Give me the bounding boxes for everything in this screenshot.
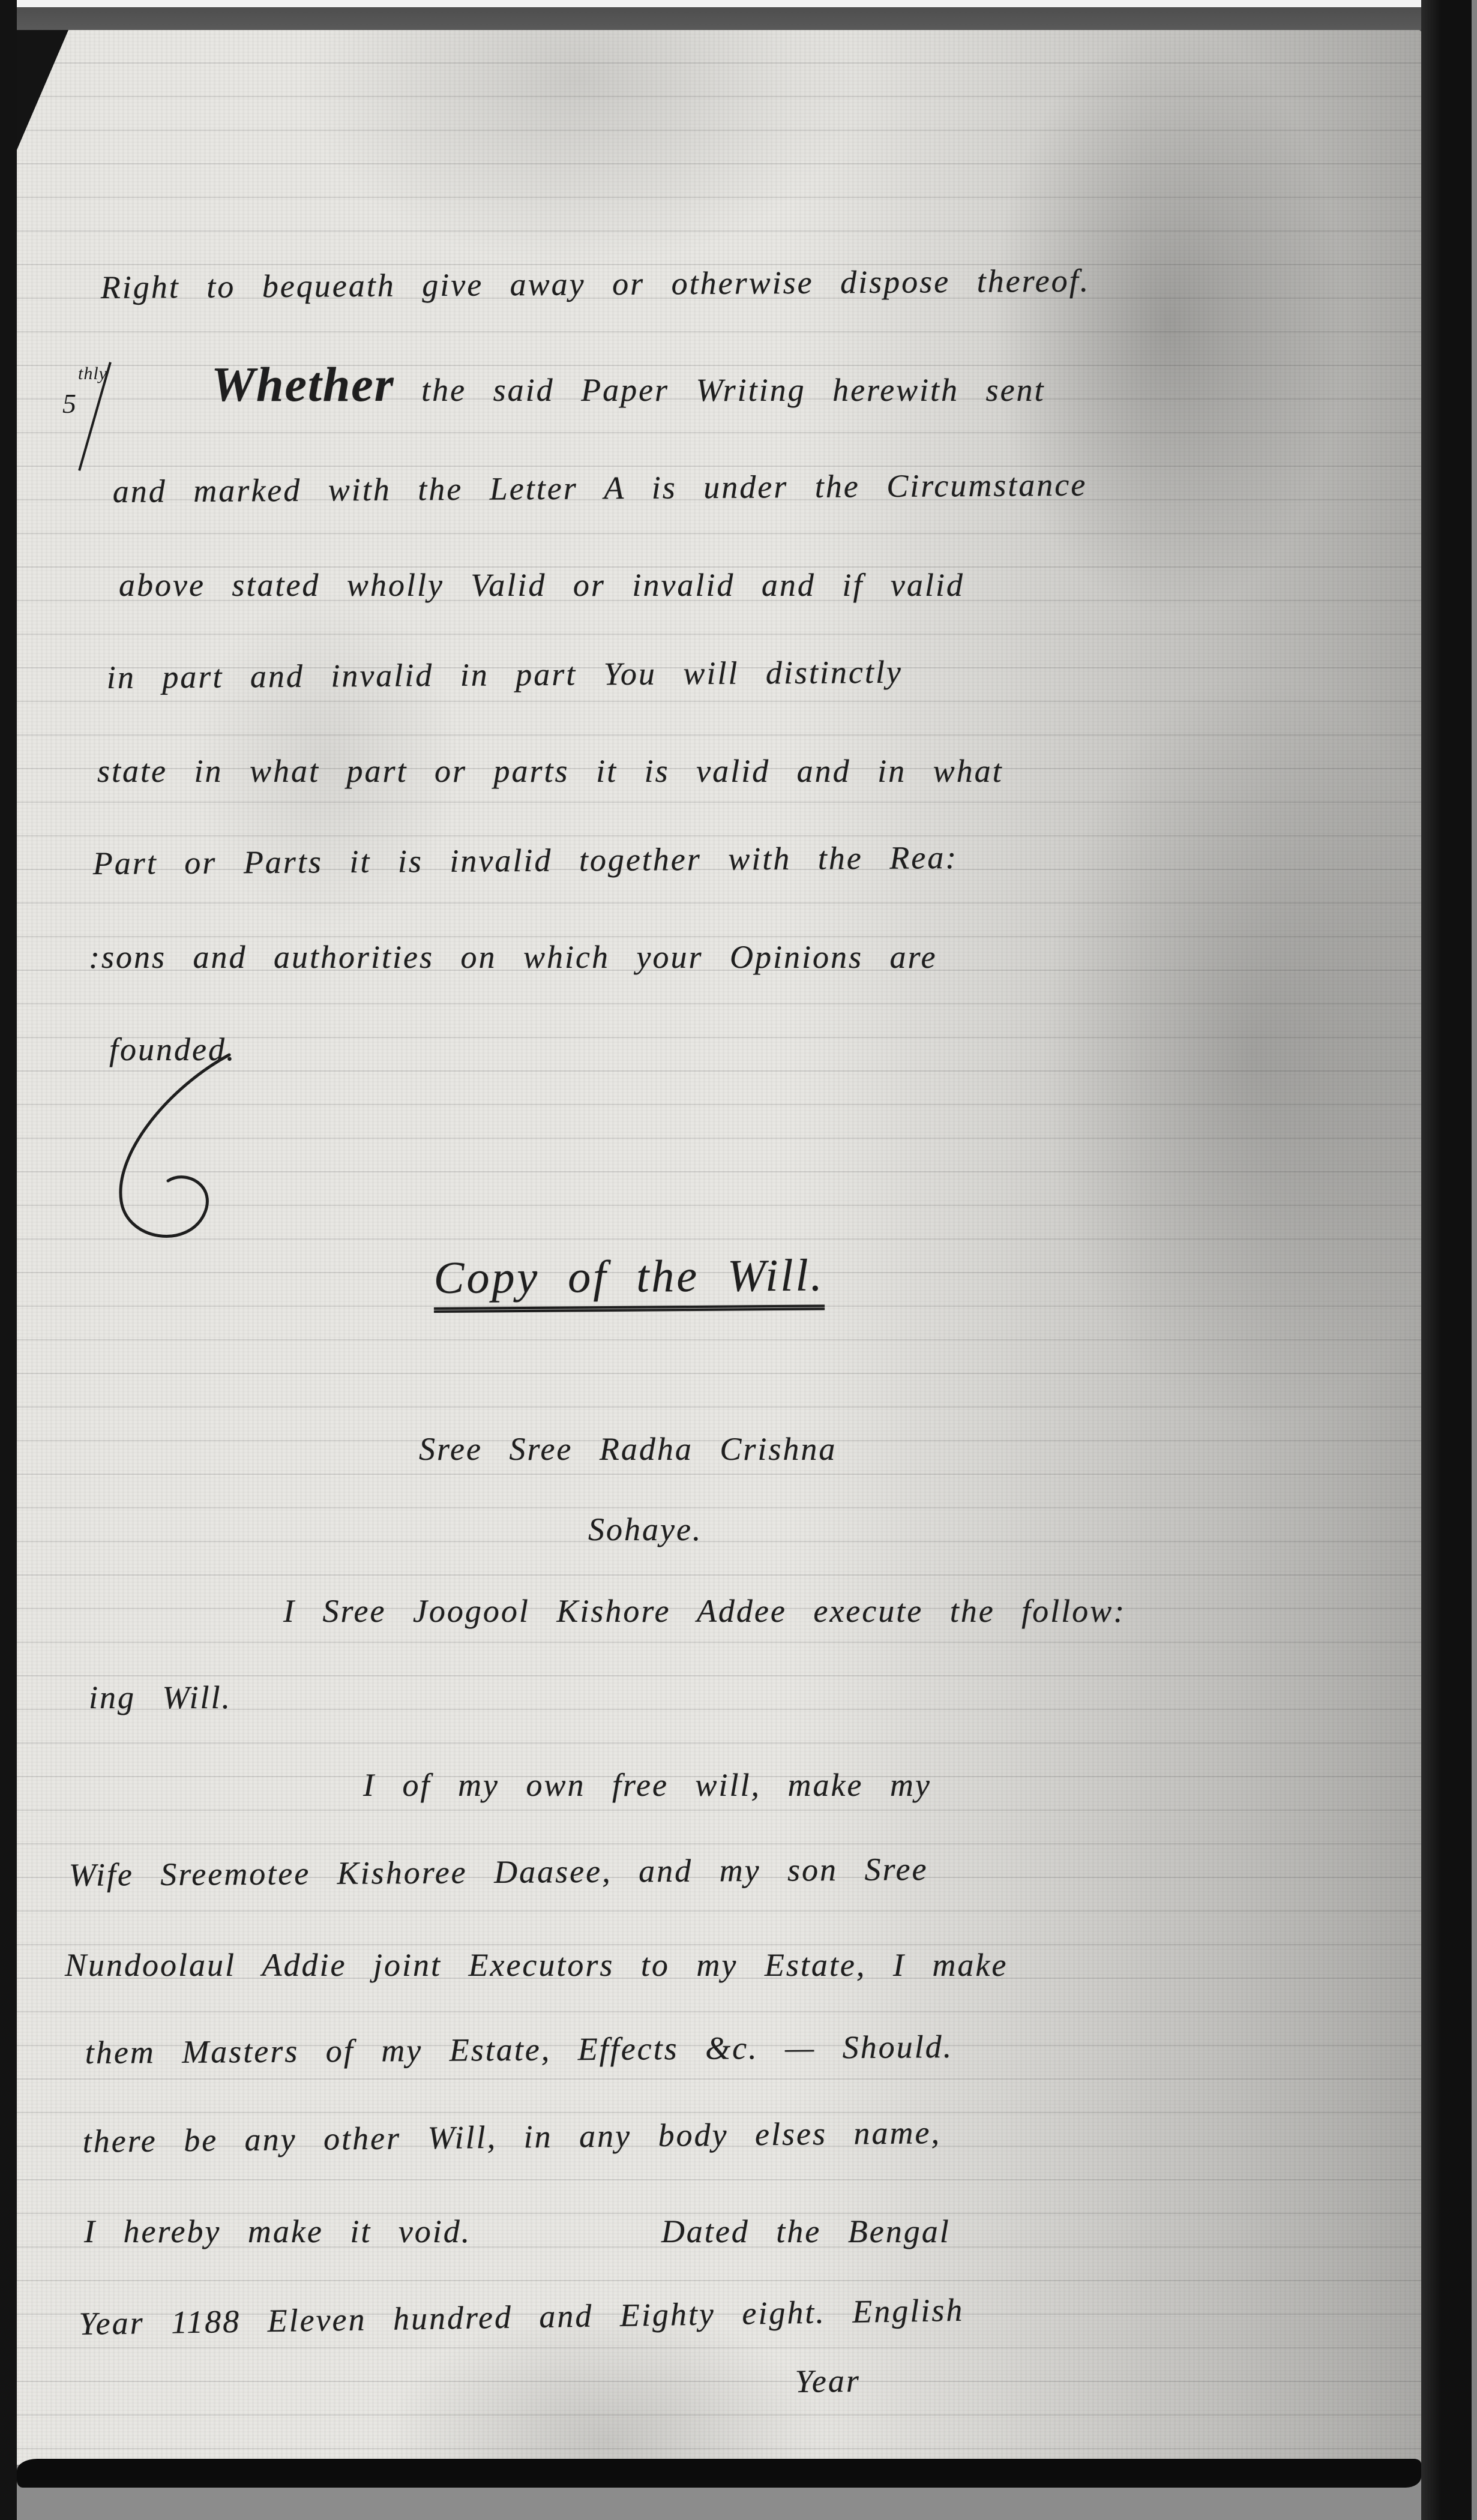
margin-item-number: thly 5 bbox=[62, 364, 146, 478]
margin-note-numeral: 5 bbox=[62, 388, 76, 419]
will-line: Wife Sreemotee Kishoree Daasee, and my s… bbox=[69, 1853, 928, 1891]
manuscript-line: and marked with the Letter A is under th… bbox=[113, 469, 1087, 508]
will-line-left: I hereby make it void. bbox=[84, 2213, 471, 2249]
scanned-document-page: thly 5 Right to bequeath give away or ot… bbox=[0, 0, 1477, 2520]
scan-top-margin bbox=[0, 0, 1477, 7]
scan-right-margin bbox=[1472, 0, 1477, 2520]
manuscript-line: Whether the said Paper Writing herewith … bbox=[211, 360, 1045, 409]
will-line: them Masters of my Estate, Effects &c. —… bbox=[85, 2030, 954, 2069]
book-fore-edge bbox=[1421, 0, 1472, 2520]
invocation-line: Sohaye. bbox=[588, 1513, 702, 1546]
manuscript-line-rest: the said Paper Writing herewith sent bbox=[421, 372, 1045, 408]
book-top-edge bbox=[0, 7, 1477, 31]
will-line: there be any other Will, in any body els… bbox=[82, 2116, 941, 2158]
will-line-right: Dated the Bengal bbox=[661, 2213, 951, 2249]
manuscript-line: above stated wholly Valid or invalid and… bbox=[119, 569, 964, 601]
book-spine-edge bbox=[0, 0, 17, 2520]
book-bottom-edge bbox=[0, 2485, 1477, 2520]
will-line: I Sree Joogool Kishore Addee execute the… bbox=[283, 1595, 1126, 1627]
page-bottom-edge-shadow bbox=[17, 2459, 1421, 2488]
manuscript-line: Part or Parts it is invalid together wit… bbox=[93, 841, 958, 880]
will-line: Nundoolaul Addie joint Executors to my E… bbox=[65, 1949, 1008, 1981]
pen-flourish bbox=[103, 1051, 271, 1255]
will-line: I hereby make it void. Dated the Bengal bbox=[84, 2215, 951, 2248]
manuscript-word-whether: Whether bbox=[211, 357, 395, 412]
manuscript-line: :sons and authorities on which your Opin… bbox=[89, 941, 937, 973]
manuscript-line: Right to bequeath give away or otherwise… bbox=[101, 264, 1090, 304]
will-line: ing Will. bbox=[89, 1681, 232, 1714]
section-heading: Copy of the Will. bbox=[433, 1252, 824, 1301]
will-line: Year bbox=[795, 2365, 861, 2398]
manuscript-line: state in what part or parts it is valid … bbox=[97, 755, 1003, 787]
will-line: I of my own free will, make my bbox=[363, 1769, 931, 1801]
manuscript-line: in part and invalid in part You will dis… bbox=[107, 656, 903, 694]
invocation-line: Sree Sree Radha Crishna bbox=[419, 1433, 837, 1465]
